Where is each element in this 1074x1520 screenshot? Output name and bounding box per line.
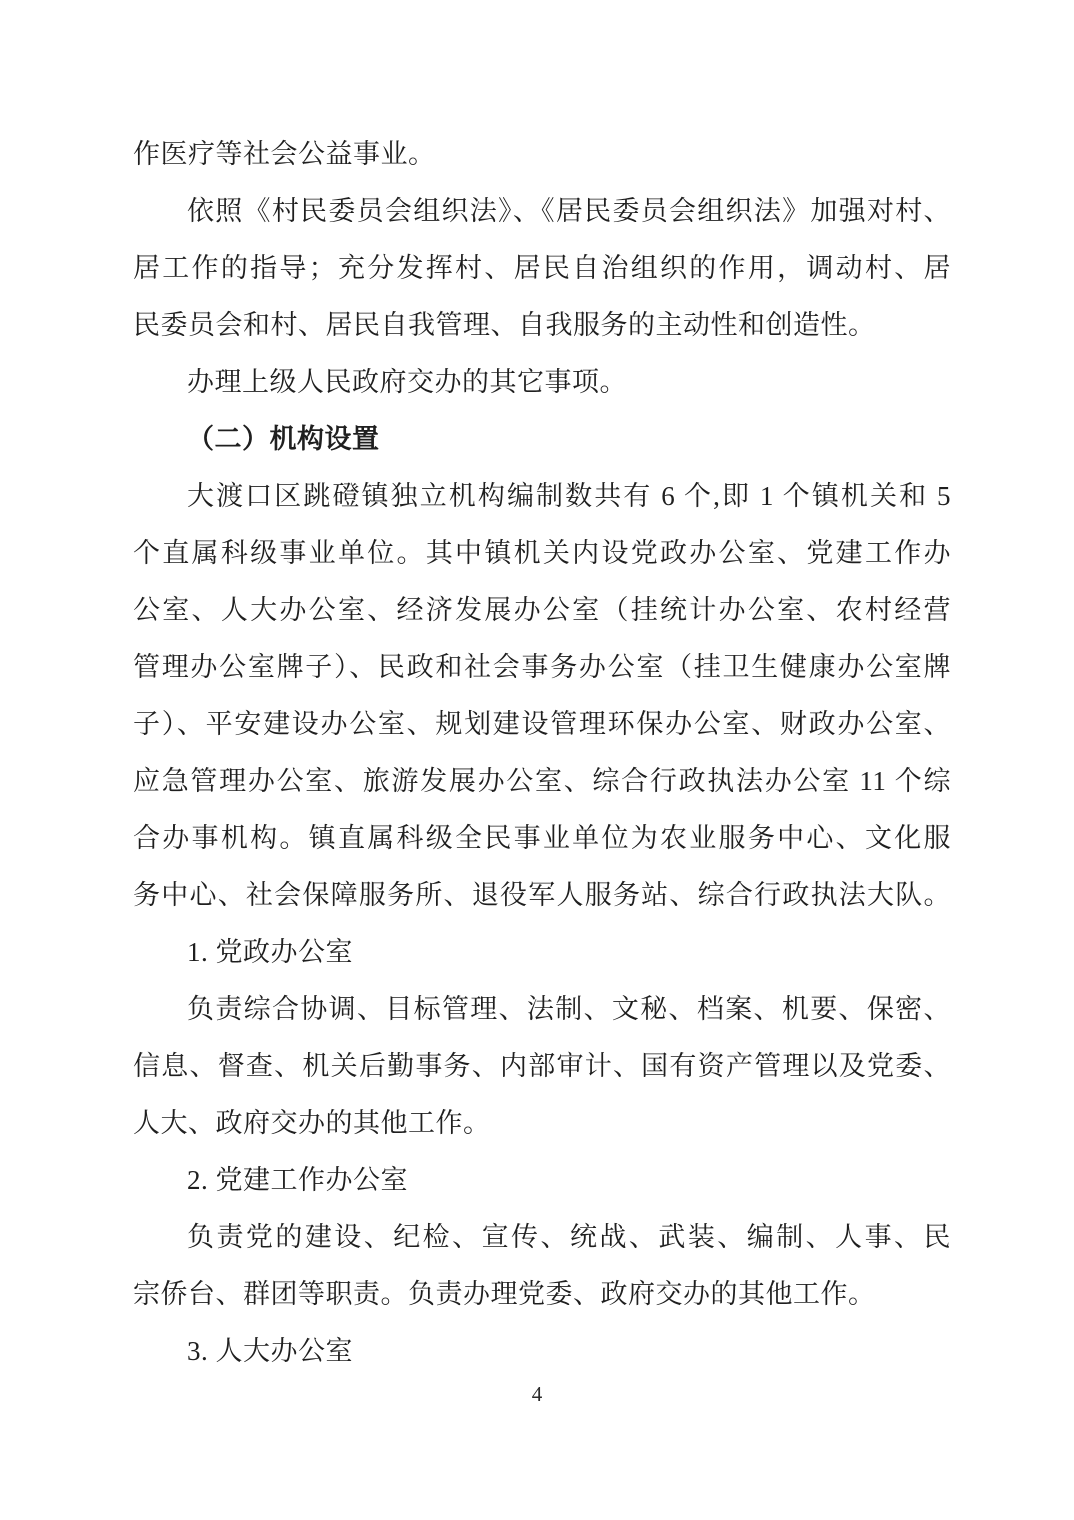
paragraph-line: 公室、人大办公室、经济发展办公室（挂统计办公室、农村经营 <box>133 582 951 639</box>
paragraph-line: 子）、平安建设办公室、规划建设管理环保办公室、财政办公室、 <box>133 696 951 753</box>
paragraph-line: 居工作的指导；充分发挥村、居民自治组织的作用，调动村、居 <box>133 240 951 297</box>
list-item-heading: 2. 党建工作办公室 <box>133 1152 951 1209</box>
paragraph-line: 应急管理办公室、旅游发展办公室、综合行政执法办公室 11 个综 <box>133 753 951 810</box>
document-page: 作医疗等社会公益事业。 依照《村民委员会组织法》、《居民委员会组织法》加强对村、… <box>0 0 1074 1520</box>
paragraph-line: 人大、政府交办的其他工作。 <box>133 1095 951 1152</box>
paragraph-line: 务中心、社会保障服务所、退役军人服务站、综合行政执法大队。 <box>133 867 951 924</box>
paragraph-line: 合办事机构。镇直属科级全民事业单位为农业服务中心、文化服 <box>133 810 951 867</box>
paragraph-line: 民委员会和村、居民自我管理、自我服务的主动性和创造性。 <box>133 297 951 354</box>
paragraph-line: 依照《村民委员会组织法》、《居民委员会组织法》加强对村、 <box>133 183 951 240</box>
paragraph-line: 负责党的建设、纪检、宣传、统战、武装、编制、人事、民 <box>133 1209 951 1266</box>
paragraph-line: 负责综合协调、目标管理、法制、文秘、档案、机要、保密、 <box>133 981 951 1038</box>
paragraph-line: 个直属科级事业单位。其中镇机关内设党政办公室、党建工作办 <box>133 525 951 582</box>
list-item-heading: 1. 党政办公室 <box>133 924 951 981</box>
paragraph-line: 办理上级人民政府交办的其它事项。 <box>133 354 951 411</box>
section-heading: （二）机构设置 <box>133 411 951 468</box>
paragraph-line: 作医疗等社会公益事业。 <box>133 126 951 183</box>
paragraph-line: 管理办公室牌子）、民政和社会事务办公室（挂卫生健康办公室牌 <box>133 639 951 696</box>
paragraph-line: 大渡口区跳磴镇独立机构编制数共有 6 个,即 1 个镇机关和 5 <box>133 468 951 525</box>
paragraph-line: 宗侨台、群团等职责。负责办理党委、政府交办的其他工作。 <box>133 1266 951 1323</box>
page-number: 4 <box>0 1372 1074 1416</box>
document-body: 作医疗等社会公益事业。 依照《村民委员会组织法》、《居民委员会组织法》加强对村、… <box>133 126 951 1380</box>
paragraph-line: 信息、督查、机关后勤事务、内部审计、国有资产管理以及党委、 <box>133 1038 951 1095</box>
